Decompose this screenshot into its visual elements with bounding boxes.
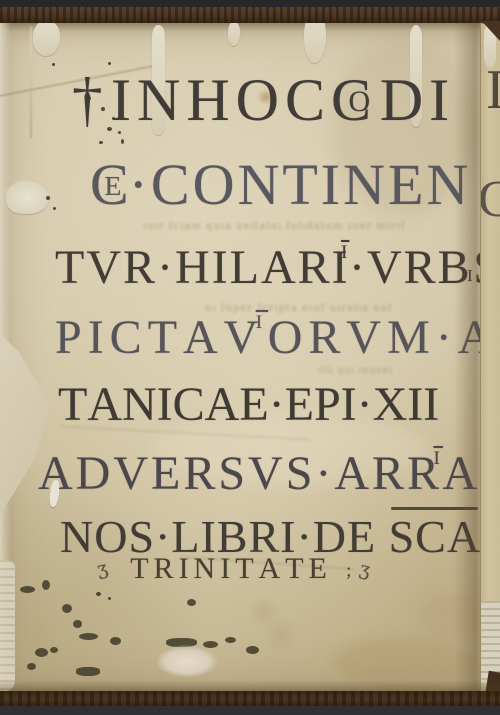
- repair-patch: [155, 645, 219, 678]
- inscription-line-4: PICTAVIORVM·AQVI: [55, 313, 500, 362]
- text-segment: ʒ: [357, 560, 377, 582]
- text-segment: PICTAV: [55, 311, 264, 364]
- binding-top-leather: [0, 7, 500, 23]
- dark-stain: [62, 604, 72, 613]
- ink-speck: [108, 62, 111, 65]
- manuscript-photo: ıuır ſcıam quıa ueıtalaı ſolıdatum ıuer …: [0, 0, 500, 715]
- text-segment: TRINITATE: [130, 552, 332, 585]
- text-segment: ʒ: [95, 559, 114, 580]
- ink-speck: [108, 597, 111, 600]
- inscription-line-5: TANICAE·EPI·XII: [58, 381, 439, 429]
- inscription-line-8: ʒTRINITATE;ʒ: [98, 554, 375, 584]
- text-segment: E: [104, 171, 124, 202]
- inscription-line-3: TVR·HILARII·VRBIS: [55, 243, 500, 292]
- ink-speck: [53, 207, 56, 210]
- faint-stain: [245, 593, 299, 657]
- text-segment: ADVERSVS·ARR: [38, 447, 442, 500]
- dark-stain: [73, 620, 82, 628]
- dark-stain: [50, 647, 58, 653]
- dark-stain: [42, 580, 50, 590]
- inscription-line-6: ADVERSVS·ARRIA: [38, 449, 480, 498]
- text-segment: TANICAE·EPI·XII: [58, 378, 439, 431]
- ink-speck: [99, 141, 103, 144]
- ink-speck: [96, 592, 101, 596]
- ink-speck: [46, 196, 50, 200]
- dark-stain: [27, 663, 36, 670]
- page-fold-shadow: [454, 22, 481, 691]
- left-page-edges: [0, 560, 15, 691]
- text-segment: INHOCC: [111, 67, 377, 133]
- inscription-line-2: CE·CONTINEN: [90, 156, 471, 214]
- dark-stain: [203, 641, 218, 648]
- text-segment: †: [72, 66, 109, 134]
- text-segment: ;: [346, 560, 356, 580]
- dark-stain: [20, 586, 35, 593]
- adjacent-page-letter: I: [486, 58, 500, 122]
- crease: [30, 26, 32, 138]
- bottom-edge-shadow: [0, 680, 500, 691]
- text-segment: DI: [380, 67, 455, 133]
- top-edge-shadow: [0, 22, 500, 31]
- ink-speck: [121, 139, 124, 144]
- inscription-line-1: †INHOCCODI: [72, 70, 455, 131]
- dark-stain: [76, 667, 100, 676]
- showthrough-text: ıllı quı ınuenı: [318, 366, 393, 376]
- adjacent-page-letter: C: [480, 170, 500, 229]
- photo-border-bottom: [0, 706, 500, 715]
- dark-stain: [110, 637, 121, 645]
- text-segment: O: [349, 85, 377, 118]
- text-segment: ·CONTINEN: [129, 152, 472, 217]
- photo-border-top: [0, 0, 500, 7]
- showthrough-text: ıuır ſcıam quıa ueıtalaı ſolıdatum ıuer …: [143, 221, 406, 232]
- dark-stain: [187, 599, 196, 606]
- text-segment: TVR·HILARI: [55, 241, 350, 294]
- text-segment: I: [256, 312, 268, 333]
- binding-bottom-leather: [0, 691, 500, 706]
- dark-stain: [35, 648, 48, 657]
- dark-stain: [225, 637, 236, 643]
- dark-stain: [79, 633, 98, 640]
- adjacent-page-strip: I C: [480, 22, 500, 691]
- ink-speck: [52, 63, 55, 66]
- wax-blob: [6, 181, 49, 214]
